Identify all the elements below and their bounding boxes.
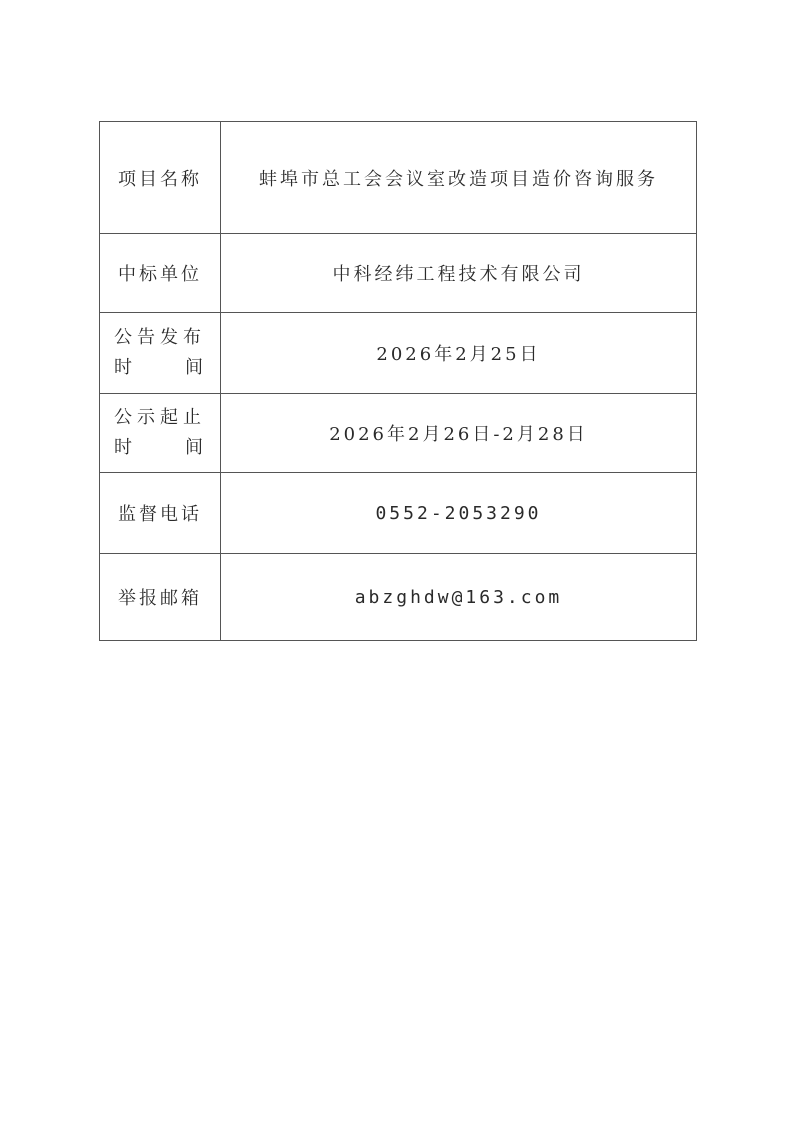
publicity-period-label-line2-left: 时	[114, 433, 135, 463]
table-row-publish-time: 公告发布 时 间 2026年2月25日	[100, 313, 697, 394]
table-row-publicity-period: 公示起止 时 间 2026年2月26日-2月28日	[100, 394, 697, 473]
award-announcement-table: 项目名称 蚌埠市总工会会议室改造项目造价咨询服务 中标单位 中科经纬工程技术有限…	[99, 121, 697, 641]
table-row-report-email: 举报邮箱 abzghdw@163.com	[100, 554, 697, 641]
publicity-period-label: 公示起止 时 间	[100, 394, 221, 473]
project-name-label: 项目名称	[100, 122, 221, 234]
report-email-value: abzghdw@163.com	[221, 554, 697, 641]
project-name-value: 蚌埠市总工会会议室改造项目造价咨询服务	[221, 122, 697, 234]
table-row-winning-bidder: 中标单位 中科经纬工程技术有限公司	[100, 234, 697, 313]
supervision-phone-value: 0552-2053290	[221, 473, 697, 554]
publicity-period-value: 2026年2月26日-2月28日	[221, 394, 697, 473]
supervision-phone-label: 监督电话	[100, 473, 221, 554]
table-row-supervision-phone: 监督电话 0552-2053290	[100, 473, 697, 554]
report-email-label: 举报邮箱	[100, 554, 221, 641]
publish-time-value: 2026年2月25日	[221, 313, 697, 394]
publicity-period-label-line1: 公示起止	[114, 403, 206, 433]
publicity-period-label-line2-right: 间	[185, 433, 206, 463]
publish-time-label-line2-left: 时	[114, 353, 135, 383]
table-row-project-name: 项目名称 蚌埠市总工会会议室改造项目造价咨询服务	[100, 122, 697, 234]
winning-bidder-value: 中科经纬工程技术有限公司	[221, 234, 697, 313]
winning-bidder-label: 中标单位	[100, 234, 221, 313]
publish-time-label-line2-right: 间	[185, 353, 206, 383]
publish-time-label-line1: 公告发布	[114, 323, 206, 353]
publish-time-label: 公告发布 时 间	[100, 313, 221, 394]
